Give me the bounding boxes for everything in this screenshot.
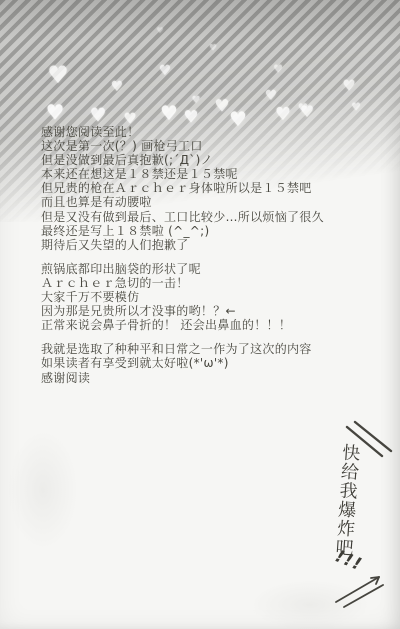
afterword-line: 正常来说会鼻子骨折的！ 还会出鼻血的！！！: [41, 318, 391, 332]
heart-icon: ♥: [275, 106, 291, 124]
afterword-line: 我就是选取了种种平和日常之一作为了这次的内容: [41, 342, 391, 356]
afterword-line: 大家千万不要模仿: [41, 290, 391, 304]
afterword-line: 本来还在想这是１８禁还是１５禁呢: [41, 167, 391, 181]
afterword-line: 如果读者有享受到就太好啦(*'ω'*): [41, 356, 391, 370]
heart-icon: ♥: [159, 64, 172, 78]
heart-icon: ♥: [273, 64, 283, 75]
afterword-line: 因为那是兄贵所以才没事的哟！？←: [41, 304, 391, 318]
heart-icon: ♥: [46, 103, 65, 124]
afterword-line: 煎锅底都印出脑袋的形状了呢: [41, 262, 391, 276]
scan-smudge: [8, 430, 78, 550]
afterword-paragraph-3: 我就是选取了种种平和日常之一作为了这次的内容 如果读者有享受到就太好啦(*'ω'…: [41, 342, 391, 384]
afterword-line: 感谢您阅读至此！: [41, 125, 391, 139]
afterword-line: 但是又没有做到最后、工口比较少…所以烦恼了很久: [41, 210, 391, 224]
afterword-text: 感谢您阅读至此！ 这次是第一次(？) 画枪弓工口 但是没做到最后真抱歉(;´Д`…: [41, 125, 391, 395]
handwritten-exclamation: !!!: [332, 547, 365, 576]
afterword-line: 但兄贵的枪在Ａｒｃｈｅｒ身体啦所以是１５禁吧: [41, 181, 391, 195]
afterword-line: 感谢阅读: [41, 371, 391, 385]
afterword-line: 而且也算是有动腰啦: [41, 195, 391, 209]
heart-icon: ♥: [300, 104, 314, 120]
heart-icon: ♥: [351, 102, 361, 113]
scanned-afterword-page: ♥ ♥ ♥ ♥ ♥ ♥ ♥ ♥ ♥ ♥ ♥ ♥ ♥ ♥ ♥ ♥ ♥ ♥ ♥ ♥ …: [0, 0, 400, 629]
afterword-line: 期待后又失望的人们抱歉了: [41, 238, 391, 252]
speed-lines-bottom-arrow: [329, 573, 389, 613]
heart-icon: ♥: [342, 79, 355, 94]
afterword-paragraph-2: 煎锅底都印出脑袋的形状了呢 Ａｒｃｈｅｒ急切的一击！ 大家千万不要模仿 因为那是…: [41, 262, 391, 332]
heart-icon: ♥: [214, 99, 229, 116]
heart-icon: ♥: [156, 27, 163, 35]
heart-icon: ♥: [209, 45, 217, 54]
afterword-line: 最终还是写上１８禁啦 (^_^;): [41, 224, 391, 238]
afterword-paragraph-1: 感谢您阅读至此！ 这次是第一次(？) 画枪弓工口 但是没做到最后真抱歉(;´Д`…: [41, 125, 391, 252]
heart-icon: ♥: [192, 96, 201, 106]
afterword-line: Ａｒｃｈｅｒ急切的一击！: [41, 276, 391, 290]
afterword-line: 这次是第一次(？) 画枪弓工口: [41, 139, 391, 153]
heart-icon: ♥: [111, 80, 124, 94]
heart-icon: ♥: [183, 110, 198, 127]
afterword-line: 但是没做到最后真抱歉(;´Д`)ノ: [41, 153, 391, 167]
heart-icon: ♥: [47, 63, 69, 87]
heart-icon: ♥: [89, 107, 106, 126]
heart-icon: ♥: [160, 103, 178, 123]
handwritten-vertical-note: 快给我爆炸吧: [329, 442, 363, 558]
heart-icon: ♥: [265, 89, 278, 103]
